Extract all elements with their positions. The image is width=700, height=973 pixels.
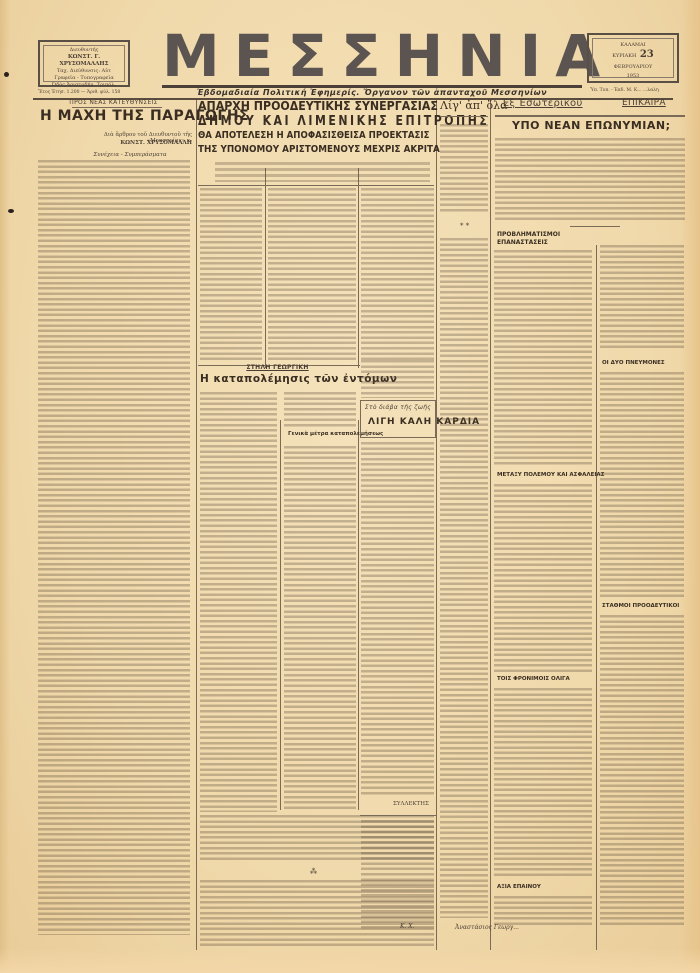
center-body-col3 [361,188,434,360]
offices-street: Ὁδὸς Ἀριστοδήμ. Τριπόλ. [44,82,124,89]
ligo-rule [440,116,488,117]
life-kicker: Στὸ διάβα τῆς ζωῆς [362,404,434,411]
brief-headline: ΟΙ ΔΥΟ ΠΝΕΥΜΟΝΕΣ [602,360,665,366]
director-address: Ταχ. Διεύθυνσις: Αὐτ [44,68,124,75]
city-label: ΚΑΛΑΜΑΙ [593,42,673,48]
issue-month: ΦΕΒΡΟΥΑΡΙΟΥ [614,64,653,70]
issue-day-number: 23 [640,49,654,60]
masthead-tagline: Ἑβδομαδιαία Πολιτική Ἐφημερίς. Ὄργανον τ… [162,88,582,97]
right-header-rule [495,115,685,117]
binding-hole [4,72,9,77]
left-byline-author: ΚΩΝΣΤ. ΧΡΥΣΟΜΑΛΛΗ [100,140,192,146]
center-body-col2 [268,188,356,360]
column-divider [358,420,359,810]
left-article-body [38,160,190,935]
page-edge-left [0,0,10,973]
brief-body [494,896,592,926]
column-divider [490,100,491,950]
ligo-body-2 [440,238,488,918]
director-name: ΚΩΝΣΤ. Γ. ΧΡΥΣΟΜΑΛΛΗΣ [44,54,124,68]
publisher-info: Ὑπ. Τυπ. - Ἐκδ. Μ. Κ... ...λαλη [590,88,685,93]
brief-headline: ΠΡΟΒΛΗΜΑΤΙΣΜΟΙ ΕΠΑΝΑΣΤΑΣΕΙΣ [497,231,592,247]
masthead-title: ΜΕΣΣΗΝΙΑ [162,26,582,86]
column-divider [358,168,359,368]
column-divider [196,100,197,950]
life-signature: ΣΥΛΛΕΚΤΗΣ [393,801,429,807]
center-col3-tail [361,360,434,398]
column-divider [596,245,597,950]
column-divider [280,420,281,810]
life-end-rule [360,815,436,816]
left-kicker: ΠΡΟΣ ΝΕΑΣ ΚΑΤΕΥΘΥΝΣΕΙΣ [36,99,191,106]
director-box: Διευθυντής ΚΩΝΣΤ. Γ. ΧΡΥΣΟΜΑΛΛΗΣ Ταχ. Δι… [38,40,130,87]
issue-year: 1953 [593,73,673,79]
newspaper-page: Διευθυντής ΚΩΝΣΤ. Γ. ΧΡΥΣΟΜΑΛΛΗΣ Ταχ. Δι… [0,0,700,973]
brief-headline: ΑΞΙΑ ΕΠΑΙΝΟΥ [497,884,541,890]
date-box: ΚΑΛΑΜΑΙ ΚΥΡΙΑΚΗ 23 ΦΕΒΡΟΥΑΡΙΟΥ 1953 [587,33,679,83]
issue-info: Ἔτος Ἑτησ. 1.200 — Ἀριθ. φύλ. 158 [38,90,133,95]
lede-rule [198,185,434,186]
offices-label: Γραφεῖα - Τυπογραφεῖα [44,75,124,82]
center-headline-1: ΑΠΑΡΧΗ ΠΡΟΟΔΕΥΤΙΚΗΣ ΣΥΝΕΡΓΑΣΙΑΣ [198,100,438,113]
column-divider [265,168,266,368]
brief-headline: ΜΕΤΑΞΥ ΠΟΛΕΜΟΥ ΚΑΙ ΑΣΦΑΛΕΙΑΣ [497,472,604,478]
life-body-2 [361,820,434,930]
agri-body-col1 [200,392,277,812]
ligo-body-1 [440,124,488,214]
director-label: Διευθυντής [44,47,124,54]
brief-body [494,484,592,674]
column-divider [436,100,437,950]
page-bottom-margin [0,948,700,973]
brief-body [600,615,684,925]
right-kicker-2: ΕΠΙΚΑΙΡΑ [622,98,666,108]
separator-stars: ⁂ [310,868,317,876]
brief-body [600,372,684,597]
center-lede [215,162,430,182]
right-article-rule [570,226,620,227]
agri-kicker: ΣΤΗΛΗ ΓΕΩΡΓΙΚΗ [200,364,355,371]
brief-headline: ΣΤΑΘΜΟΙ ΠΡΟΟΔΕΥΤΙΚΟΙ [602,603,679,609]
brief-body [494,688,592,878]
brief-body [600,245,684,350]
ligo-headline: Λίγ' ἀπ' ὅλα [440,100,508,111]
brief-headline: ΤΟΙΣ ΦΡΟΝΙΜΟΙΣ ΟΛΙΓΑ [497,676,570,682]
right-kicker: Ἐξ Ἐσωτερικοῦ [502,98,583,109]
binding-hole [8,209,14,213]
right-headline: ΥΠΟ ΝΕΑΝ ΕΠΩΝΥΜΙΑΝ; [512,120,671,131]
agri-body-col2-top [284,392,356,427]
center-body-col1 [200,188,262,360]
ligo-separator: * * [460,222,469,230]
agri-body-col2 [284,446,356,811]
life-body [361,442,434,797]
right-article-body [495,138,685,223]
brief-body [494,250,592,465]
issue-day: ΚΥΡΙΑΚΗ [612,53,636,59]
left-section: Συνέχεια - Συμπεράσματα [80,152,180,158]
center-headline-3: ΘΑ ΑΠΟΤΕΛΕΣΗ Η ΑΠΟΦΑΣΙΣΘΕΙΣΑ ΠΡΟΕΚΤΑΣΙΣ [198,131,429,141]
issue-date: ΚΥΡΙΑΚΗ 23 ΦΕΒΡΟΥΑΡΙΟΥ [593,49,673,71]
center-headline-4: ΤΗΣ ΥΠΟΝΟΜΟΥ ΑΡΙΣΤΟΜΕΝΟΥΣ ΜΕΧΡΙΣ ΑΚΡΙΤΑ [198,145,440,155]
